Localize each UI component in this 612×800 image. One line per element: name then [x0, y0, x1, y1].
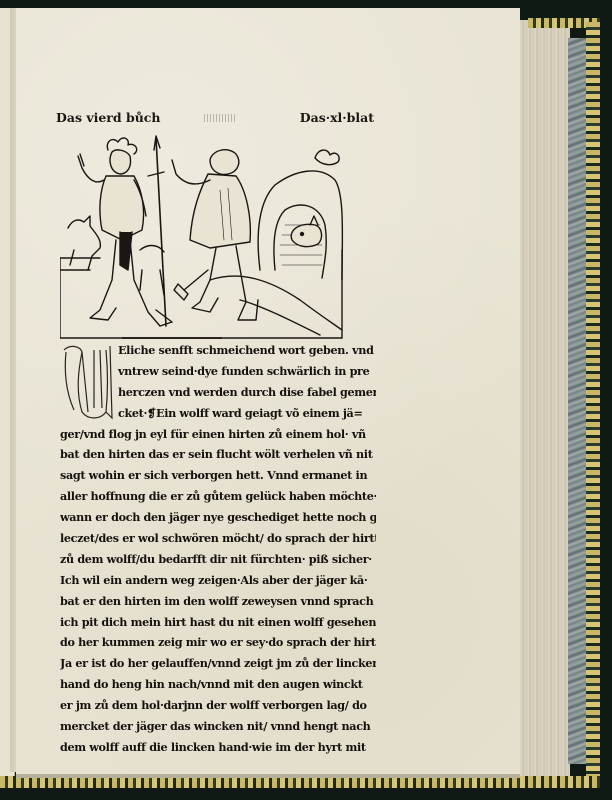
page-stack-edge — [518, 20, 570, 780]
text-line: bat den hirten das er sein flucht wölt v… — [60, 444, 376, 465]
text-line: Ich wil ein andern weg zeigen·Als aber d… — [60, 570, 376, 591]
text-line: aller hoffnung die er zů gůtem gelück ha… — [60, 486, 376, 507]
text-line: leczet/des er wol schwören möcht/ do spr… — [60, 528, 376, 549]
marbled-endpaper — [568, 38, 586, 764]
text-line: dem wolff auff die lincken hand·wie im d… — [60, 737, 376, 758]
text-line: mercket der jäger das wincken nit/ vnnd … — [60, 716, 376, 737]
running-head-left: Das vierd bůch — [56, 110, 161, 125]
text-line: hand do heng hin nach/vnnd mit den augen… — [60, 674, 376, 695]
ornament-rule — [122, 337, 222, 339]
text-line: Ja er ist do her gelauffen/vnnd zeigt jm… — [60, 653, 376, 674]
folio-number: Das·xl·blat — [300, 110, 374, 125]
text-line: sagt wohin er sich verborgen hett. Vnnd … — [60, 465, 376, 486]
decorative-binding-right — [586, 22, 600, 788]
woodcut-illustration — [60, 130, 344, 340]
text-line: wann er doch den jäger nye geschediget h… — [60, 507, 376, 528]
ink-smudge — [204, 114, 236, 122]
text-line: do her kummen zeig mir wo er sey·do spra… — [60, 632, 376, 653]
text-line: ich pit dich mein hirt hast du nit einen… — [60, 612, 376, 633]
text-line: ger/vnd flog jn eyl für einen hirten zů … — [60, 424, 376, 445]
text-line: zů dem wolff/du bedarfft dir nit fürchte… — [60, 549, 376, 570]
body-text: Eliche senfft schmeichend wort geben. vn… — [60, 340, 376, 758]
running-header: Das vierd bůch Das·xl·blat — [56, 110, 374, 130]
drop-cap-w — [60, 342, 114, 422]
text-line: er jm zů dem hol·darjnn der wolff verbor… — [60, 695, 376, 716]
text-line: bat er den hirten im den wolff zeweysen … — [60, 591, 376, 612]
